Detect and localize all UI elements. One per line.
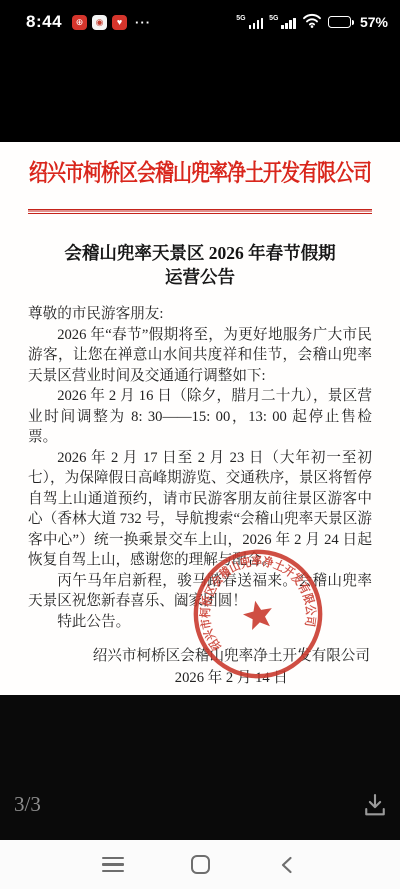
system-navigation-bar <box>0 840 400 889</box>
document-title: 会稽山兜率天景区 2026 年春节假期 运营公告 <box>28 241 372 289</box>
paragraph: 2026 年 2 月 17 日至 2 月 23 日（大年初一至初七），为保障假日… <box>28 448 372 571</box>
cellular-signal-icon: 5G <box>236 15 263 29</box>
more-notifications-icon: ··· <box>135 15 151 30</box>
page-indicator: 3/3 <box>14 792 41 817</box>
back-button[interactable] <box>275 853 299 877</box>
notification-app-icon: ♥ <box>112 15 127 30</box>
status-bar-right: 5G 5G 57% <box>236 12 388 33</box>
document-title-line2: 运营公告 <box>28 265 372 289</box>
wifi-icon <box>302 12 322 33</box>
letterhead-divider <box>28 209 372 214</box>
download-icon[interactable] <box>361 791 389 819</box>
document-page: 绍兴市柯桥区会稽山兜率净土开发有限公司 会稽山兜率天景区 2026 年春节假期 … <box>0 142 400 695</box>
battery-percent: 57% <box>360 14 388 30</box>
letterhead-company-name: 绍兴市柯桥区会稽山兜率净土开发有限公司 <box>28 155 372 188</box>
signature-date: 2026 年 2 月 14 日 <box>93 667 370 689</box>
notification-app-icons: ⊕ ◉ ♥ <box>72 15 127 30</box>
notification-app-icon: ⊕ <box>72 15 87 30</box>
status-bar: 8:44 ⊕ ◉ ♥ ··· 5G 5G 57% <box>0 0 400 40</box>
recents-menu-button[interactable] <box>101 853 125 877</box>
battery-icon <box>328 16 354 28</box>
home-square-icon <box>191 855 210 874</box>
notification-app-icon: ◉ <box>92 15 107 30</box>
paragraph: 2026 年“春节”假期将至，为更好地服务广大市民游客，让您在禅意山水间共度祥和… <box>28 325 372 387</box>
clock: 8:44 <box>26 12 62 32</box>
paragraph: 丙午马年启新程，骏马踏春送福来。会稽山兜率天景区祝您新春喜乐、阖家团圆！ <box>28 571 372 612</box>
closing-statement: 特此公告。 <box>28 612 372 633</box>
chevron-left-icon <box>277 854 297 876</box>
document-body: 尊敬的市民游客朋友: 2026 年“春节”假期将至，为更好地服务广大市民游客，让… <box>28 304 372 632</box>
cellular-signal-icon: 5G <box>269 15 296 29</box>
signature-company: 绍兴市柯桥区会稽山兜率净土开发有限公司 <box>93 645 370 667</box>
document-title-line1: 会稽山兜率天景区 2026 年春节假期 <box>28 241 372 265</box>
salutation: 尊敬的市民游客朋友: <box>28 304 372 325</box>
home-button[interactable] <box>188 853 212 877</box>
hamburger-icon <box>102 857 124 873</box>
viewer-bottom-bar: 3/3 <box>0 695 400 840</box>
paragraph: 2026 年 2 月 16 日（除夕，腊月二十九），景区营业时间调整为 8: 3… <box>28 386 372 448</box>
